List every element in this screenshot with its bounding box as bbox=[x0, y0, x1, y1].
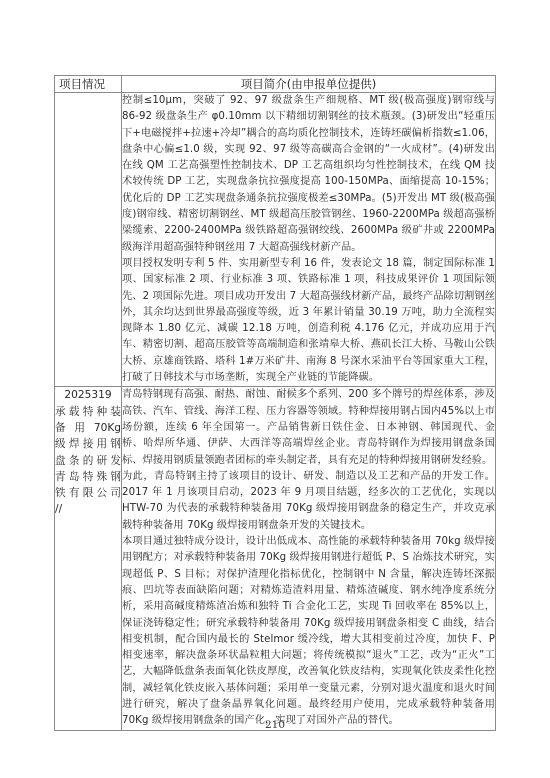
summary-paragraph: 青岛特钢现有高强、耐热、耐蚀、耐候多个系列、200 多个牌号的焊丝体系，涉及高铁… bbox=[122, 387, 495, 468]
project-info-cell: 2025319 承载特种装 备 用 70Kg 级焊接用钢 盘条的研发 青岛特殊钢… bbox=[55, 387, 122, 730]
project-title-line: 备 用 70Kg bbox=[55, 420, 121, 436]
table-row: 2025319 承载特种装 备 用 70Kg 级焊接用钢 盘条的研发 青岛特殊钢… bbox=[55, 387, 496, 730]
summary-paragraph: 项目授权发明专利 5 件、实用新型专利 16 件，发表论文 18 篇，制定国际标… bbox=[122, 256, 495, 386]
company-name-line: 铁有限公司 bbox=[55, 485, 121, 501]
project-table: 项目情况 项目简介(由申报单位提供) 控制≤10μm，突破了 92、97 级盘条… bbox=[54, 75, 496, 731]
separator-marks: // bbox=[55, 501, 121, 517]
project-title-line: 盘条的研发 bbox=[55, 453, 121, 469]
page-number: 210 bbox=[0, 719, 550, 731]
summary-paragraph: 本项目通过独特成分设计，设计出低成本、高性能的承载特种装备用 70kg 级焊接用… bbox=[122, 534, 495, 730]
summary-paragraph: 控制≤10μm，突破了 92、97 级盘条生产细规格、MT 级(极高强度)钢帘线… bbox=[122, 93, 495, 256]
project-info-cell bbox=[55, 93, 122, 387]
company-name-line: 青岛特殊钢 bbox=[55, 469, 121, 485]
project-title-line: 级焊接用钢 bbox=[55, 436, 121, 452]
header-project-summary: 项目简介(由申报单位提供) bbox=[122, 76, 496, 93]
table-row: 控制≤10μm，突破了 92、97 级盘条生产细规格、MT 级(极高强度)钢帘线… bbox=[55, 93, 496, 387]
project-code: 2025319 bbox=[55, 387, 121, 403]
project-title-line: 承载特种装 bbox=[55, 404, 121, 420]
project-summary-cell: 青岛特钢现有高强、耐热、耐蚀、耐候多个系列、200 多个牌号的焊丝体系，涉及高铁… bbox=[122, 387, 496, 730]
header-project-status: 项目情况 bbox=[55, 76, 122, 93]
summary-paragraph: 为此，青岛特钢主持了该项目的设计、研发、制造以及工艺和产品的开发工作。2017 … bbox=[122, 469, 495, 534]
table-header-row: 项目情况 项目简介(由申报单位提供) bbox=[55, 76, 496, 93]
project-summary-cell: 控制≤10μm，突破了 92、97 级盘条生产细规格、MT 级(极高强度)钢帘线… bbox=[122, 93, 496, 387]
